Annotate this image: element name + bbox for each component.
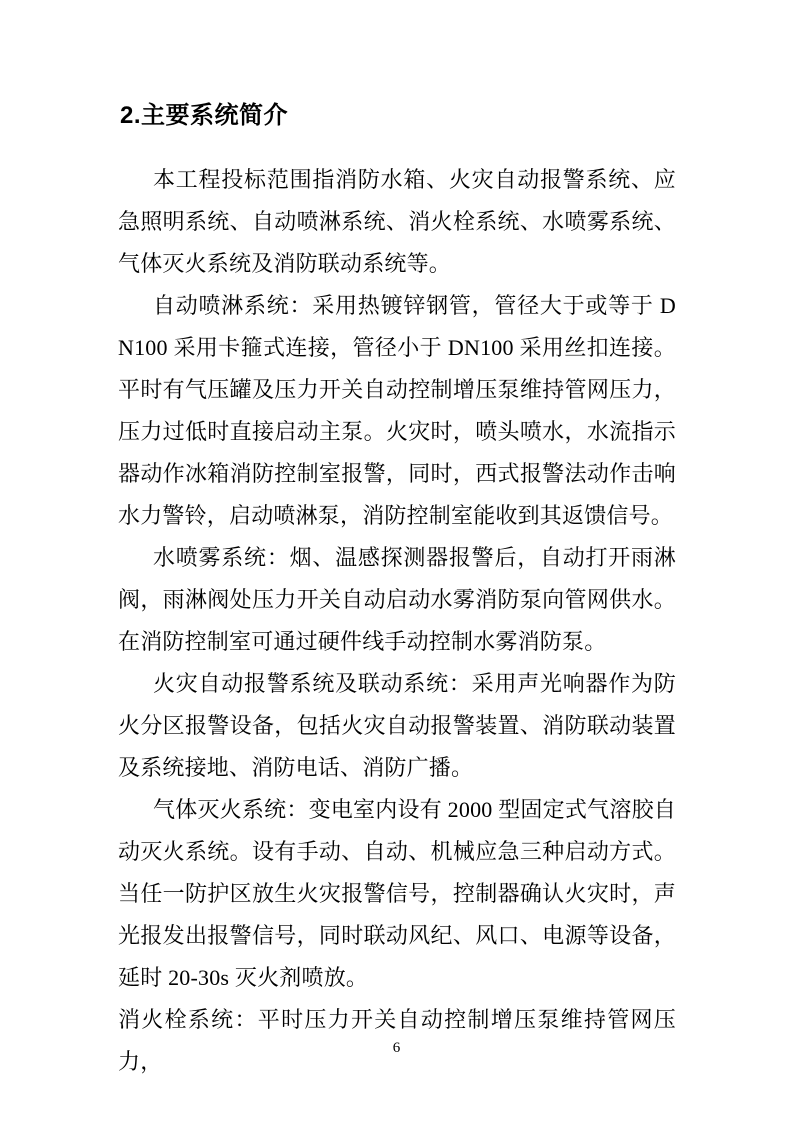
document-page: 2.主要系统简介 本工程投标范围指消防水箱、火灾自动报警系统、应急照明系统、自动… bbox=[0, 0, 793, 1122]
page-number: 6 bbox=[0, 1038, 793, 1058]
document-body: 2.主要系统简介 本工程投标范围指消防水箱、火灾自动报警系统、应急照明系统、自动… bbox=[118, 100, 676, 1083]
paragraph-water-spray-system: 水喷雾系统：烟、温感探测器报警后，自动打开雨淋阀，雨淋阀处压力开关自动启动水雾消… bbox=[118, 537, 676, 663]
section-heading: 2.主要系统简介 bbox=[120, 100, 676, 132]
paragraph-sprinkler-system: 自动喷淋系统：采用热镀锌钢管，管径大于或等于 DN100 采用卡箍式连接，管径小… bbox=[118, 285, 676, 537]
paragraph-scope-overview: 本工程投标范围指消防水箱、火灾自动报警系统、应急照明系统、自动喷淋系统、消火栓系… bbox=[118, 159, 676, 285]
paragraph-gas-extinguishing-system: 气体灭火系统：变电室内设有 2000 型固定式气溶胶自动灭火系统。设有手动、自动… bbox=[118, 789, 676, 999]
paragraph-fire-alarm-system: 火灾自动报警系统及联动系统：采用声光响器作为防火分区报警设备，包括火灾自动报警装… bbox=[118, 663, 676, 789]
